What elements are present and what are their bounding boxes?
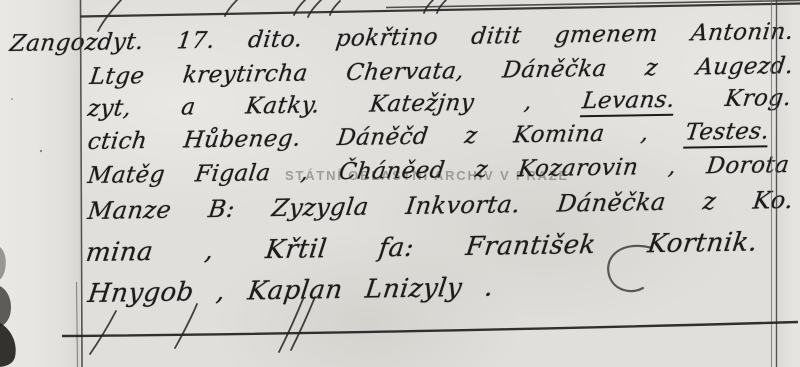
stray-pen-stroke	[308, 0, 321, 17]
underlined-word-levans: Levans.	[580, 87, 676, 117]
stray-pen-stroke	[90, 311, 116, 354]
handwriting-line-3-tail: Krog.	[723, 85, 792, 112]
handwriting-line-1: Zangozdyt. 17. dito. pokřtino ditit gmen…	[8, 18, 795, 59]
stray-pen-stroke	[294, 0, 305, 15]
archival-scan-page: STÁTNÍ OBLASTNÍ ARCHIV V PRAZE	[0, 0, 800, 367]
stray-pen-stroke	[330, 1, 340, 15]
stray-pen-stroke	[424, 0, 433, 13]
top-rule-line	[80, 4, 800, 17]
stray-pen-stroke	[175, 304, 197, 348]
stray-pen-stroke	[437, 0, 446, 13]
stray-pen-stroke	[225, 0, 237, 16]
handwriting-line-7: mina , Křtil fa: František Kortnik.	[84, 226, 759, 269]
handwriting-line-4-text: ctich Hůbeneg. Dáněčd z Komina ,	[86, 120, 650, 155]
bottom-rule-line	[62, 322, 798, 336]
handwriting-line-8: Hnygob , Kaplan Lnizyly .	[86, 272, 495, 311]
top-secondary-rule-line	[386, 1, 800, 8]
handwriting-line-6: Manze B: Zyzygla Inkvorta. Dáněčka z Ko.	[86, 185, 795, 226]
stray-pen-stroke	[98, 0, 121, 31]
underlined-word-testes: Testes.	[683, 118, 771, 148]
handwriting-line-5: Matěg Figala , Čháněed z Kozarovin , Dor…	[86, 151, 791, 191]
handwriting-line-4: ctich Hůbeneg. Dáněčd z Komina , Testes.	[86, 117, 771, 156]
handwriting-line-3-text: zyt, a Katky. Katežjny ,	[86, 89, 534, 122]
